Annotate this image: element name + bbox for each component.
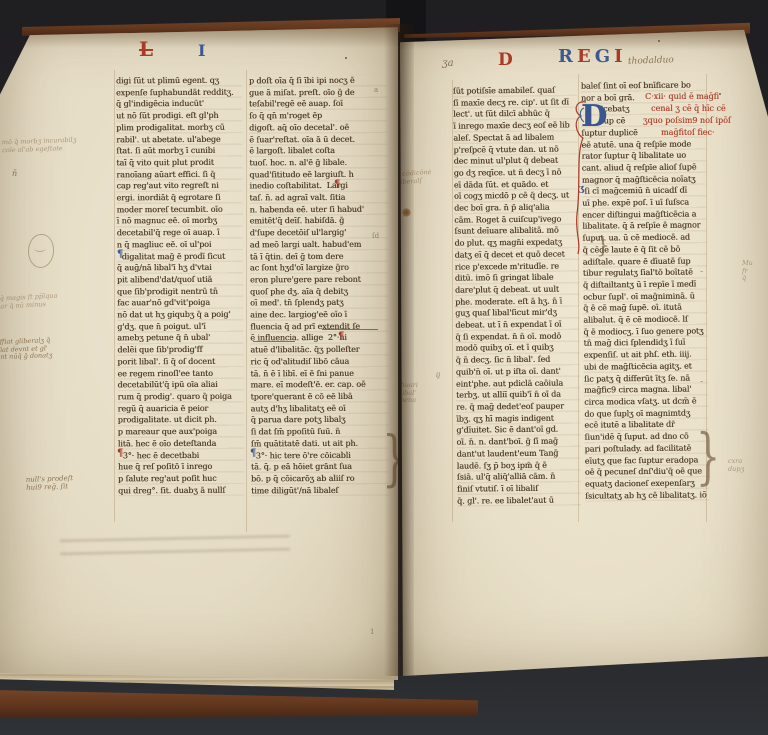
running-head-letter: R	[558, 46, 577, 67]
margin-nota-mark: n̄	[12, 170, 17, 178]
initial-penwork-flourish	[570, 98, 592, 258]
paraph-mark-blue: ¶	[250, 449, 256, 459]
margin-mark: ij	[436, 372, 440, 380]
leather-binding-bottom	[0, 684, 478, 718]
running-head-letter: I	[614, 46, 626, 67]
running-head-letter-red: D	[498, 50, 513, 70]
margin-gloss: q̄ magis ſt pp̄īqua ar q̄ nū minus	[0, 293, 58, 311]
margin-brace: }	[696, 421, 720, 491]
text-column-2: p doſt oīa q̄ ſi ībi ipi nocʒ ē gue ā mi…	[249, 75, 389, 497]
show-through-smudge	[60, 535, 290, 566]
paraph-mark-red: ¶	[117, 449, 123, 459]
line-end-dash: –	[700, 378, 703, 386]
margin-brace: }	[596, 234, 610, 259]
margin-gloss: Mu fr q̄	[742, 260, 753, 283]
text-column-3: ſūt potiſsīe amabileſ. quaſ ſī maxīe dec…	[453, 84, 581, 507]
ink-speck	[345, 57, 347, 59]
left-page: L I digi ſūt ut plimū egent. qʒ expenſe …	[0, 22, 398, 680]
ruling-line	[246, 70, 247, 532]
ink-speck	[658, 40, 660, 42]
paraph-mark-blue: ¶	[117, 250, 123, 260]
catch-letter: ſd	[372, 232, 379, 240]
running-head-letter: E	[577, 46, 595, 67]
manuscript-photo: L I digi ſūt ut plimū egent. qʒ expenſe …	[0, 0, 768, 735]
paraph-mark-red: ¶	[334, 180, 340, 190]
folio-number-red: L	[139, 37, 153, 61]
running-head: REGI	[558, 46, 627, 67]
quire-signature: ʒa	[442, 60, 454, 68]
chapter-rubric: ʒquo poſsim9 noſ ipōſ	[643, 115, 731, 127]
catch-letter: a	[374, 86, 378, 94]
gutter-shadow	[384, 24, 414, 676]
right-page: ʒa D REGI thodalduo ſūt potiſsīe amabile…	[400, 26, 768, 676]
red-underline	[253, 341, 295, 342]
paraph-mark-blue: ʒ	[579, 184, 584, 194]
ruling-line	[114, 70, 115, 522]
red-underline	[322, 329, 378, 330]
margin-gloss: ffiat gliberalʒ q̄ īat devnt et gl' nt n…	[0, 337, 52, 362]
margin-gloss: null's prodeſt hui9 reḡ. ſit	[26, 475, 74, 492]
ink-inscription: thodalduo	[628, 57, 674, 66]
text-column-4: baleſ ſint oī eoſ bnīficare bo nor a boī…	[581, 79, 709, 502]
paraph-mark-red: ¶	[338, 332, 344, 342]
text-column-1: digi ſūt ut plimū egent. qʒ expenſe ſuph…	[116, 75, 244, 497]
folio-number-blue: I	[198, 41, 205, 60]
margin-doodle	[28, 234, 54, 268]
margin-gloss: mō q̄ morbʒ incurabilʒ coīe al'ab egeſta…	[2, 137, 77, 155]
catch-letter: 1	[370, 628, 374, 636]
line-end-dash: –	[700, 268, 703, 276]
margin-gloss: cxra dupʒ	[728, 458, 744, 473]
chapter-rubric: maḡfitoſ fiec·	[661, 127, 714, 139]
running-head-letter: G	[595, 46, 614, 67]
chapter-rubric: C·xii· quid ē maḡfi	[645, 91, 719, 103]
chapter-rubric: cenal ʒ cē q̄ hīc cē	[651, 103, 726, 115]
ink-speck	[719, 93, 721, 95]
